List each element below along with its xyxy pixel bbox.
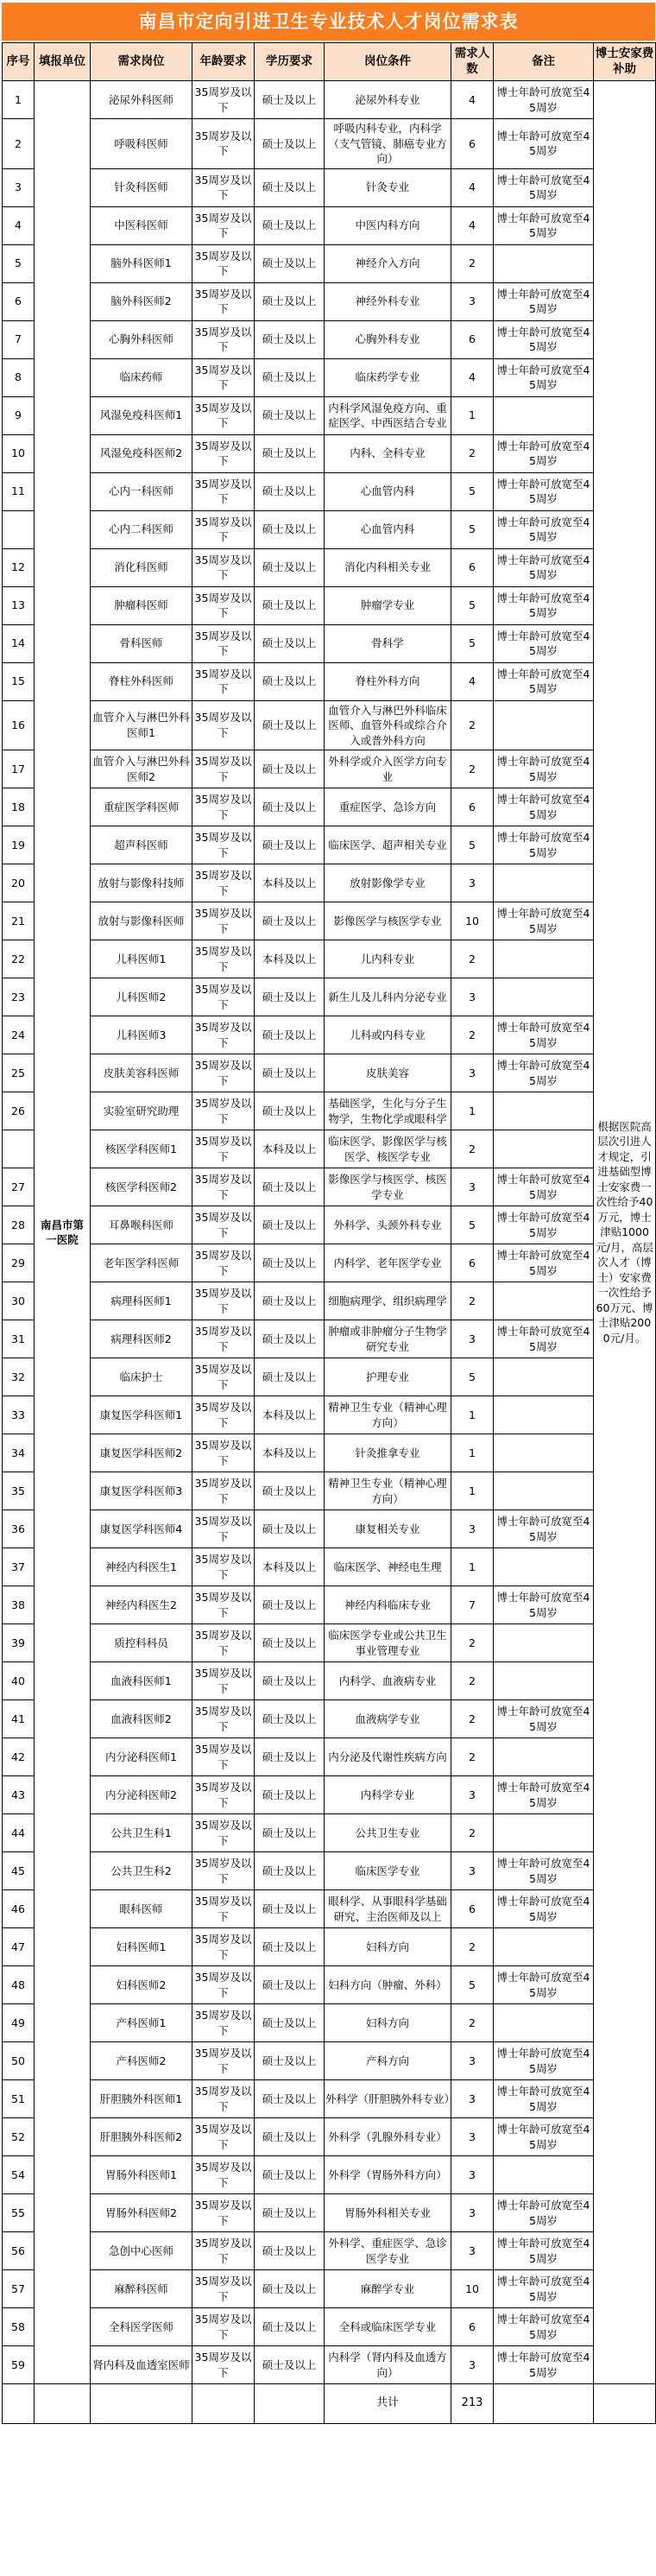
education-cell: 硕士及以上 — [255, 2118, 325, 2156]
education-cell: 硕士及以上 — [255, 1282, 325, 1320]
remark-cell: 博士年龄可放宽至45周岁 — [494, 2118, 594, 2156]
age-cell: 35周岁及以下 — [192, 119, 255, 169]
serial-cell: 8 — [3, 358, 35, 396]
total-education-cell — [255, 2384, 325, 2424]
col-header-condition: 岗位条件 — [325, 43, 451, 81]
serial-cell: 25 — [3, 1054, 35, 1092]
table-row: 心内二科医师35周岁及以下硕士及以上心血管内科5博士年龄可放宽至45周岁 — [3, 510, 656, 548]
table-row: 36康复医学科医师435周岁及以下硕士及以上康复相关专业3博士年龄可放宽至45周… — [3, 1510, 656, 1548]
count-cell: 3 — [451, 2042, 494, 2080]
condition-cell: 细胞病理学、组织病理学 — [325, 1282, 451, 1320]
education-cell: 硕士及以上 — [255, 978, 325, 1016]
education-cell: 硕士及以上 — [255, 1586, 325, 1624]
table-row: 2呼吸科医师35周岁及以下硕士及以上呼吸内科专业，内科学（支气管镜、肺癌专业方向… — [3, 119, 656, 169]
remark-cell: 博士年龄可放宽至45周岁 — [494, 902, 594, 940]
remark-cell — [494, 978, 594, 1016]
remark-cell: 博士年龄可放宽至45周岁 — [494, 624, 594, 662]
education-cell: 硕士及以上 — [255, 624, 325, 662]
col-header-subsidy: 博士安家费补助 — [594, 43, 656, 81]
remark-cell: 博士年龄可放宽至45周岁 — [494, 662, 594, 700]
position-cell: 儿科医师1 — [91, 940, 192, 978]
age-cell: 35周岁及以下 — [192, 662, 255, 700]
age-cell: 35周岁及以下 — [192, 2194, 255, 2232]
remark-cell: 博士年龄可放宽至45周岁 — [494, 472, 594, 510]
total-label-cell: 共计 — [325, 2384, 451, 2424]
age-cell: 35周岁及以下 — [192, 1016, 255, 1054]
position-cell: 麻醉科医师 — [91, 2270, 192, 2308]
age-cell: 35周岁及以下 — [192, 1206, 255, 1244]
education-cell: 硕士及以上 — [255, 788, 325, 826]
education-cell: 硕士及以上 — [255, 206, 325, 244]
serial-cell: 11 — [3, 472, 35, 510]
count-cell: 2 — [451, 1624, 494, 1662]
position-cell: 病理科医师1 — [91, 1282, 192, 1320]
condition-cell: 公共卫生专业 — [325, 1814, 451, 1852]
position-cell: 脊柱外科医师 — [91, 662, 192, 700]
count-cell: 2 — [451, 434, 494, 472]
count-cell: 3 — [451, 2194, 494, 2232]
table-row: 4中医科医师35周岁及以下硕士及以上中医内科方向4博士年龄可放宽至45周岁 — [3, 206, 656, 244]
table-row: 12消化科医师35周岁及以下硕士及以上消化内科相关专业6博士年龄可放宽至45周岁 — [3, 548, 656, 586]
condition-cell: 外科学、头颈外科专业 — [325, 1206, 451, 1244]
table-row: 8临床药师35周岁及以下硕士及以上临床药学专业4博士年龄可放宽至45周岁 — [3, 358, 656, 396]
position-cell: 血管介入与淋巴外科医师2 — [91, 750, 192, 788]
condition-cell: 心血管内科 — [325, 510, 451, 548]
serial-cell: 24 — [3, 1016, 35, 1054]
serial-cell: 10 — [3, 434, 35, 472]
education-cell: 硕士及以上 — [255, 2004, 325, 2042]
age-cell: 35周岁及以下 — [192, 940, 255, 978]
position-cell: 肾内科及血透室医师 — [91, 2346, 192, 2384]
education-cell: 本科及以上 — [255, 940, 325, 978]
condition-cell: 儿科或内科专业 — [325, 1016, 451, 1054]
age-cell: 35周岁及以下 — [192, 1130, 255, 1168]
condition-cell: 内科学（肾内科及血透方向） — [325, 2346, 451, 2384]
serial-cell: 22 — [3, 940, 35, 978]
position-cell: 病理科医师2 — [91, 1320, 192, 1358]
serial-cell: 14 — [3, 624, 35, 662]
remark-cell: 博士年龄可放宽至45周岁 — [494, 1168, 594, 1206]
remark-cell: 博士年龄可放宽至45周岁 — [494, 510, 594, 548]
table-row: 3针灸科医师35周岁及以下硕士及以上针灸专业4博士年龄可放宽至45周岁 — [3, 168, 656, 206]
total-subsidy-cell — [594, 2384, 656, 2424]
serial-cell: 1 — [3, 81, 35, 119]
remark-cell: 博士年龄可放宽至45周岁 — [494, 1890, 594, 1928]
position-cell: 骨科医师 — [91, 624, 192, 662]
education-cell: 硕士及以上 — [255, 1776, 325, 1814]
serial-cell: 9 — [3, 396, 35, 434]
condition-cell: 心血管内科 — [325, 472, 451, 510]
position-cell: 中医科医师 — [91, 206, 192, 244]
condition-cell: 护理专业 — [325, 1358, 451, 1396]
education-cell: 硕士及以上 — [255, 119, 325, 169]
count-cell: 2 — [451, 1662, 494, 1700]
remark-cell — [494, 2156, 594, 2194]
remark-cell — [494, 864, 594, 902]
remark-cell — [494, 1434, 594, 1472]
remark-cell: 博士年龄可放宽至45周岁 — [494, 168, 594, 206]
position-cell: 产科医师2 — [91, 2042, 192, 2080]
position-cell: 心内一科医师 — [91, 472, 192, 510]
education-cell: 本科及以上 — [255, 1396, 325, 1434]
table-row: 44公共卫生科135周岁及以下硕士及以上公共卫生专业2 — [3, 1814, 656, 1852]
count-cell: 3 — [451, 2080, 494, 2118]
age-cell: 35周岁及以下 — [192, 2232, 255, 2270]
remark-cell: 博士年龄可放宽至45周岁 — [494, 2080, 594, 2118]
position-cell: 呼吸科医师 — [91, 119, 192, 169]
remark-cell — [494, 1624, 594, 1662]
age-cell: 35周岁及以下 — [192, 586, 255, 624]
condition-cell: 影像医学与核医学专业 — [325, 902, 451, 940]
table-row: 38神经内科医生235周岁及以下硕士及以上神经内科临床专业7博士年龄可放宽至45… — [3, 1586, 656, 1624]
serial-cell: 37 — [3, 1548, 35, 1586]
condition-cell: 神经外科专业 — [325, 282, 451, 320]
position-cell: 妇科医师2 — [91, 1966, 192, 2004]
serial-cell: 27 — [3, 1168, 35, 1206]
remark-cell: 博士年龄可放宽至45周岁 — [494, 119, 594, 169]
table-row: 29老年医学科医师35周岁及以下硕士及以上内科学、老年医学专业6博士年龄可放宽至… — [3, 1244, 656, 1282]
count-cell: 6 — [451, 2308, 494, 2346]
position-cell: 放射与影像科医师 — [91, 902, 192, 940]
count-cell: 2 — [451, 750, 494, 788]
table-row: 56急创中心医师35周岁及以下硕士及以上外科学、重症医学、急诊医学专业3博士年龄… — [3, 2232, 656, 2270]
age-cell: 35周岁及以下 — [192, 1814, 255, 1852]
serial-cell: 44 — [3, 1814, 35, 1852]
age-cell: 35周岁及以下 — [192, 1548, 255, 1586]
page-title: 南昌市定向引进卫生专业技术人才岗位需求表 — [2, 3, 655, 41]
remark-cell: 博士年龄可放宽至45周岁 — [494, 1700, 594, 1738]
age-cell: 35周岁及以下 — [192, 1928, 255, 1966]
condition-cell: 儿内科专业 — [325, 940, 451, 978]
remark-cell: 博士年龄可放宽至45周岁 — [494, 750, 594, 788]
count-cell: 6 — [451, 119, 494, 169]
table-body: 1南昌市第一医院泌尿外科医师35周岁及以下硕士及以上泌尿外科专业4博士年龄可放宽… — [3, 81, 656, 2384]
education-cell: 硕士及以上 — [255, 1168, 325, 1206]
condition-cell: 基础医学，生化与分子生物学，生物化学或眼科学 — [325, 1092, 451, 1130]
condition-cell: 新生儿及儿科内分泌专业 — [325, 978, 451, 1016]
position-cell: 儿科医师2 — [91, 978, 192, 1016]
education-cell: 硕士及以上 — [255, 750, 325, 788]
table-row: 26实验室研究助理35周岁及以下硕士及以上基础医学，生化与分子生物学，生物化学或… — [3, 1092, 656, 1130]
table-row: 58全科医学医师35周岁及以下硕士及以上全科或临床医学专业6博士年龄可放宽至45… — [3, 2308, 656, 2346]
count-cell: 2 — [451, 1700, 494, 1738]
serial-cell: 16 — [3, 700, 35, 750]
age-cell: 35周岁及以下 — [192, 1662, 255, 1700]
position-cell: 神经内科医生2 — [91, 1586, 192, 1624]
remark-cell: 博士年龄可放宽至45周岁 — [494, 1852, 594, 1890]
total-remark-cell — [494, 2384, 594, 2424]
education-cell: 硕士及以上 — [255, 320, 325, 358]
age-cell: 35周岁及以下 — [192, 1282, 255, 1320]
count-cell: 1 — [451, 1434, 494, 1472]
condition-cell: 精神卫生专业（精神心理方向） — [325, 1472, 451, 1510]
condition-cell: 针灸推拿专业 — [325, 1434, 451, 1472]
remark-cell — [494, 1472, 594, 1510]
condition-cell: 肿瘤学专业 — [325, 586, 451, 624]
position-cell: 针灸科医师 — [91, 168, 192, 206]
count-cell: 6 — [451, 320, 494, 358]
education-cell: 硕士及以上 — [255, 1510, 325, 1548]
remark-cell — [494, 1738, 594, 1776]
count-cell: 2 — [451, 700, 494, 750]
age-cell: 35周岁及以下 — [192, 434, 255, 472]
count-cell: 10 — [451, 902, 494, 940]
education-cell: 硕士及以上 — [255, 1928, 325, 1966]
remark-cell — [494, 1282, 594, 1320]
table-row: 1南昌市第一医院泌尿外科医师35周岁及以下硕士及以上泌尿外科专业4博士年龄可放宽… — [3, 81, 656, 119]
education-cell: 硕士及以上 — [255, 2156, 325, 2194]
remark-cell: 博士年龄可放宽至45周岁 — [494, 1776, 594, 1814]
count-cell: 5 — [451, 586, 494, 624]
remark-cell: 博士年龄可放宽至45周岁 — [494, 2308, 594, 2346]
table-row: 28耳鼻喉科医师35周岁及以下硕士及以上外科学、头颈外科专业5博士年龄可放宽至4… — [3, 1206, 656, 1244]
position-cell: 康复医学科医师2 — [91, 1434, 192, 1472]
count-cell: 3 — [451, 1054, 494, 1092]
count-cell: 3 — [451, 2118, 494, 2156]
remark-cell: 博士年龄可放宽至45周岁 — [494, 1016, 594, 1054]
count-cell: 3 — [451, 2232, 494, 2270]
age-cell: 35周岁及以下 — [192, 81, 255, 119]
age-cell: 35周岁及以下 — [192, 2080, 255, 2118]
count-cell: 4 — [451, 662, 494, 700]
remark-cell: 博士年龄可放宽至45周岁 — [494, 320, 594, 358]
count-cell: 2 — [451, 1130, 494, 1168]
remark-cell — [494, 1814, 594, 1852]
education-cell: 硕士及以上 — [255, 1814, 325, 1852]
education-cell: 硕士及以上 — [255, 586, 325, 624]
table-row: 22儿科医师135周岁及以下本科及以上儿内科专业2 — [3, 940, 656, 978]
condition-cell: 骨科学 — [325, 624, 451, 662]
total-position-cell — [91, 2384, 192, 2424]
position-cell: 老年医学科医师 — [91, 1244, 192, 1282]
total-count-cell: 213 — [451, 2384, 494, 2424]
age-cell: 35周岁及以下 — [192, 2308, 255, 2346]
table-row: 25皮肤美容科医师35周岁及以下硕士及以上皮肤美容3博士年龄可放宽至45周岁 — [3, 1054, 656, 1092]
condition-cell: 皮肤美容 — [325, 1054, 451, 1092]
condition-cell: 脊柱外科方向 — [325, 662, 451, 700]
count-cell: 6 — [451, 548, 494, 586]
col-header-remark: 备注 — [494, 43, 594, 81]
serial-cell: 48 — [3, 1966, 35, 2004]
age-cell: 35周岁及以下 — [192, 864, 255, 902]
position-cell: 胃肠外科医师2 — [91, 2194, 192, 2232]
condition-cell: 妇科方向（肿瘤、外科） — [325, 1966, 451, 2004]
remark-cell — [494, 1662, 594, 1700]
remark-cell: 博士年龄可放宽至45周岁 — [494, 548, 594, 586]
condition-cell: 内科学、血液病专业 — [325, 1662, 451, 1700]
remark-cell — [494, 244, 594, 282]
education-cell: 硕士及以上 — [255, 1738, 325, 1776]
age-cell: 35周岁及以下 — [192, 826, 255, 864]
age-cell: 35周岁及以下 — [192, 1092, 255, 1130]
serial-cell: 4 — [3, 206, 35, 244]
serial-cell: 47 — [3, 1928, 35, 1966]
table-row: 23儿科医师235周岁及以下硕士及以上新生儿及儿科内分泌专业3 — [3, 978, 656, 1016]
age-cell: 35周岁及以下 — [192, 1890, 255, 1928]
condition-cell: 全科或临床医学专业 — [325, 2308, 451, 2346]
serial-cell: 20 — [3, 864, 35, 902]
remark-cell: 博士年龄可放宽至45周岁 — [494, 81, 594, 119]
condition-cell: 临床医学、超声相关专业 — [325, 826, 451, 864]
education-cell: 硕士及以上 — [255, 81, 325, 119]
education-cell: 硕士及以上 — [255, 1320, 325, 1358]
condition-cell: 内分泌及代谢性疾病方向 — [325, 1738, 451, 1776]
table-row: 20放射与影像科技师35周岁及以下本科及以上放射影像学专业3 — [3, 864, 656, 902]
education-cell: 硕士及以上 — [255, 2080, 325, 2118]
position-cell: 风湿免疫科医师1 — [91, 396, 192, 434]
age-cell: 35周岁及以下 — [192, 358, 255, 396]
position-cell: 公共卫生科2 — [91, 1852, 192, 1890]
position-cell: 核医学科医师1 — [91, 1130, 192, 1168]
total-serial-cell — [3, 2384, 35, 2424]
age-cell: 35周岁及以下 — [192, 1168, 255, 1206]
position-cell: 放射与影像科技师 — [91, 864, 192, 902]
table-row: 42内分泌科医师135周岁及以下硕士及以上内分泌及代谢性疾病方向2 — [3, 1738, 656, 1776]
remark-cell: 博士年龄可放宽至45周岁 — [494, 358, 594, 396]
position-cell: 产科医师1 — [91, 2004, 192, 2042]
age-cell: 35周岁及以下 — [192, 2042, 255, 2080]
table-row: 54胃肠外科医师135周岁及以下硕士及以上外科学（胃肠外科方向）3 — [3, 2156, 656, 2194]
position-cell: 妇科医师1 — [91, 1928, 192, 1966]
serial-cell: 50 — [3, 2042, 35, 2080]
remark-cell: 博士年龄可放宽至45周岁 — [494, 2232, 594, 2270]
remark-cell — [494, 940, 594, 978]
education-cell: 本科及以上 — [255, 1548, 325, 1586]
position-cell: 核医学科医师2 — [91, 1168, 192, 1206]
age-cell: 35周岁及以下 — [192, 396, 255, 434]
position-cell: 肝胆胰外科医师1 — [91, 2080, 192, 2118]
education-cell: 硕士及以上 — [255, 2232, 325, 2270]
serial-cell: 5 — [3, 244, 35, 282]
condition-cell: 胃肠外科相关专业 — [325, 2194, 451, 2232]
count-cell: 4 — [451, 168, 494, 206]
count-cell: 3 — [451, 864, 494, 902]
age-cell: 35周岁及以下 — [192, 750, 255, 788]
position-cell: 泌尿外科医师 — [91, 81, 192, 119]
position-cell: 脑外科医师2 — [91, 282, 192, 320]
serial-cell: 54 — [3, 2156, 35, 2194]
serial-cell: 49 — [3, 2004, 35, 2042]
education-cell: 硕士及以上 — [255, 510, 325, 548]
education-cell: 硕士及以上 — [255, 434, 325, 472]
count-cell: 5 — [451, 472, 494, 510]
age-cell: 35周岁及以下 — [192, 1320, 255, 1358]
age-cell: 35周岁及以下 — [192, 978, 255, 1016]
serial-cell: 32 — [3, 1358, 35, 1396]
condition-cell: 临床医学、影像医学与核医学、核医学专业 — [325, 1130, 451, 1168]
age-cell: 35周岁及以下 — [192, 1700, 255, 1738]
table-row: 18重症医学科医师35周岁及以下硕士及以上重症医学、急诊方向6博士年龄可放宽至4… — [3, 788, 656, 826]
table-row: 39质控科科员35周岁及以下硕士及以上临床医学专业或公共卫生事业管理专业2 — [3, 1624, 656, 1662]
table-header: 序号 填报单位 需求岗位 年龄要求 学历要求 岗位条件 需求人数 备注 博士安家… — [3, 43, 656, 81]
serial-cell: 31 — [3, 1320, 35, 1358]
table-row: 30病理科医师135周岁及以下硕士及以上细胞病理学、组织病理学2 — [3, 1282, 656, 1320]
table-row: 51肝胆胰外科医师135周岁及以下硕士及以上外科学（肝胆胰外科专业）3博士年龄可… — [3, 2080, 656, 2118]
remark-cell: 博士年龄可放宽至45周岁 — [494, 788, 594, 826]
count-cell: 5 — [451, 1966, 494, 2004]
education-cell: 硕士及以上 — [255, 826, 325, 864]
condition-cell: 产科方向 — [325, 2042, 451, 2080]
table-row: 21放射与影像科医师35周岁及以下硕士及以上影像医学与核医学专业10博士年龄可放… — [3, 902, 656, 940]
table-row: 16血管介入与淋巴外科医师135周岁及以下硕士及以上血管介入与淋巴外科临床医师、… — [3, 700, 656, 750]
education-cell: 本科及以上 — [255, 1434, 325, 1472]
position-cell: 质控科科员 — [91, 1624, 192, 1662]
education-cell: 本科及以上 — [255, 1130, 325, 1168]
age-cell: 35周岁及以下 — [192, 548, 255, 586]
education-cell: 硕士及以上 — [255, 2308, 325, 2346]
count-cell: 6 — [451, 1890, 494, 1928]
education-cell: 本科及以上 — [255, 864, 325, 902]
serial-cell: 23 — [3, 978, 35, 1016]
remark-cell — [494, 1396, 594, 1434]
condition-cell: 放射影像学专业 — [325, 864, 451, 902]
count-cell: 1 — [451, 1472, 494, 1510]
serial-cell: 35 — [3, 1472, 35, 1510]
education-cell: 硕士及以上 — [255, 548, 325, 586]
remark-cell — [494, 396, 594, 434]
remark-cell: 博士年龄可放宽至45周岁 — [494, 434, 594, 472]
serial-cell: 57 — [3, 2270, 35, 2308]
table-footer: 共计 213 — [3, 2384, 656, 2424]
education-cell: 硕士及以上 — [255, 1092, 325, 1130]
serial-cell: 12 — [3, 548, 35, 586]
total-unit-cell — [35, 2384, 91, 2424]
col-header-count: 需求人数 — [451, 43, 494, 81]
table-row: 57麻醉科医师35周岁及以下硕士及以上麻醉学专业10博士年龄可放宽至45周岁 — [3, 2270, 656, 2308]
condition-cell: 临床医学专业或公共卫生事业管理专业 — [325, 1624, 451, 1662]
count-cell: 3 — [451, 1320, 494, 1358]
count-cell: 5 — [451, 826, 494, 864]
condition-cell: 临床药学专业 — [325, 358, 451, 396]
remark-cell: 博士年龄可放宽至45周岁 — [494, 1054, 594, 1092]
age-cell: 35周岁及以下 — [192, 1776, 255, 1814]
remark-cell: 博士年龄可放宽至45周岁 — [494, 282, 594, 320]
table-row: 17血管介入与淋巴外科医师235周岁及以下硕士及以上外科学或介入医学方向专业2博… — [3, 750, 656, 788]
serial-cell: 38 — [3, 1586, 35, 1624]
age-cell: 35周岁及以下 — [192, 1472, 255, 1510]
remark-cell: 博士年龄可放宽至45周岁 — [494, 2346, 594, 2384]
serial-cell: 58 — [3, 2308, 35, 2346]
table-row: 19超声科医师35周岁及以下硕士及以上临床医学、超声相关专业5博士年龄可放宽至4… — [3, 826, 656, 864]
age-cell: 35周岁及以下 — [192, 902, 255, 940]
education-cell: 硕士及以上 — [255, 1662, 325, 1700]
col-header-age: 年龄要求 — [192, 43, 255, 81]
count-cell: 2 — [451, 1928, 494, 1966]
remark-cell: 博士年龄可放宽至45周岁 — [494, 586, 594, 624]
position-cell: 肝胆胰外科医师2 — [91, 2118, 192, 2156]
remark-cell: 博士年龄可放宽至45周岁 — [494, 2194, 594, 2232]
count-cell: 5 — [451, 510, 494, 548]
condition-cell: 妇科方向 — [325, 2004, 451, 2042]
age-cell: 35周岁及以下 — [192, 1966, 255, 2004]
count-cell: 2 — [451, 940, 494, 978]
count-cell: 2 — [451, 1016, 494, 1054]
table-row: 52肝胆胰外科医师235周岁及以下硕士及以上外科学（乳腺外科专业）3博士年龄可放… — [3, 2118, 656, 2156]
serial-cell: 6 — [3, 282, 35, 320]
age-cell: 35周岁及以下 — [192, 168, 255, 206]
condition-cell: 内科、全科专业 — [325, 434, 451, 472]
position-cell: 全科医学医师 — [91, 2308, 192, 2346]
table-row: 33康复医学科医师135周岁及以下本科及以上精神卫生专业（精神心理方向）1 — [3, 1396, 656, 1434]
table-row: 9风湿免疫科医师135周岁及以下硕士及以上内科学风湿免疫方向、重症医学、中西医结… — [3, 396, 656, 434]
table-row: 41血液科医师235周岁及以下硕士及以上血液病学专业2博士年龄可放宽至45周岁 — [3, 1700, 656, 1738]
serial-cell: 13 — [3, 586, 35, 624]
serial-cell: 43 — [3, 1776, 35, 1814]
remark-cell: 博士年龄可放宽至45周岁 — [494, 1206, 594, 1244]
count-cell: 4 — [451, 81, 494, 119]
table-row: 37神经内科医生135周岁及以下本科及以上临床医学、神经电生理1 — [3, 1548, 656, 1586]
job-demand-sheet: 南昌市定向引进卫生专业技术人才岗位需求表 序号 填报单位 需求岗位 年龄要求 学… — [0, 0, 656, 2424]
